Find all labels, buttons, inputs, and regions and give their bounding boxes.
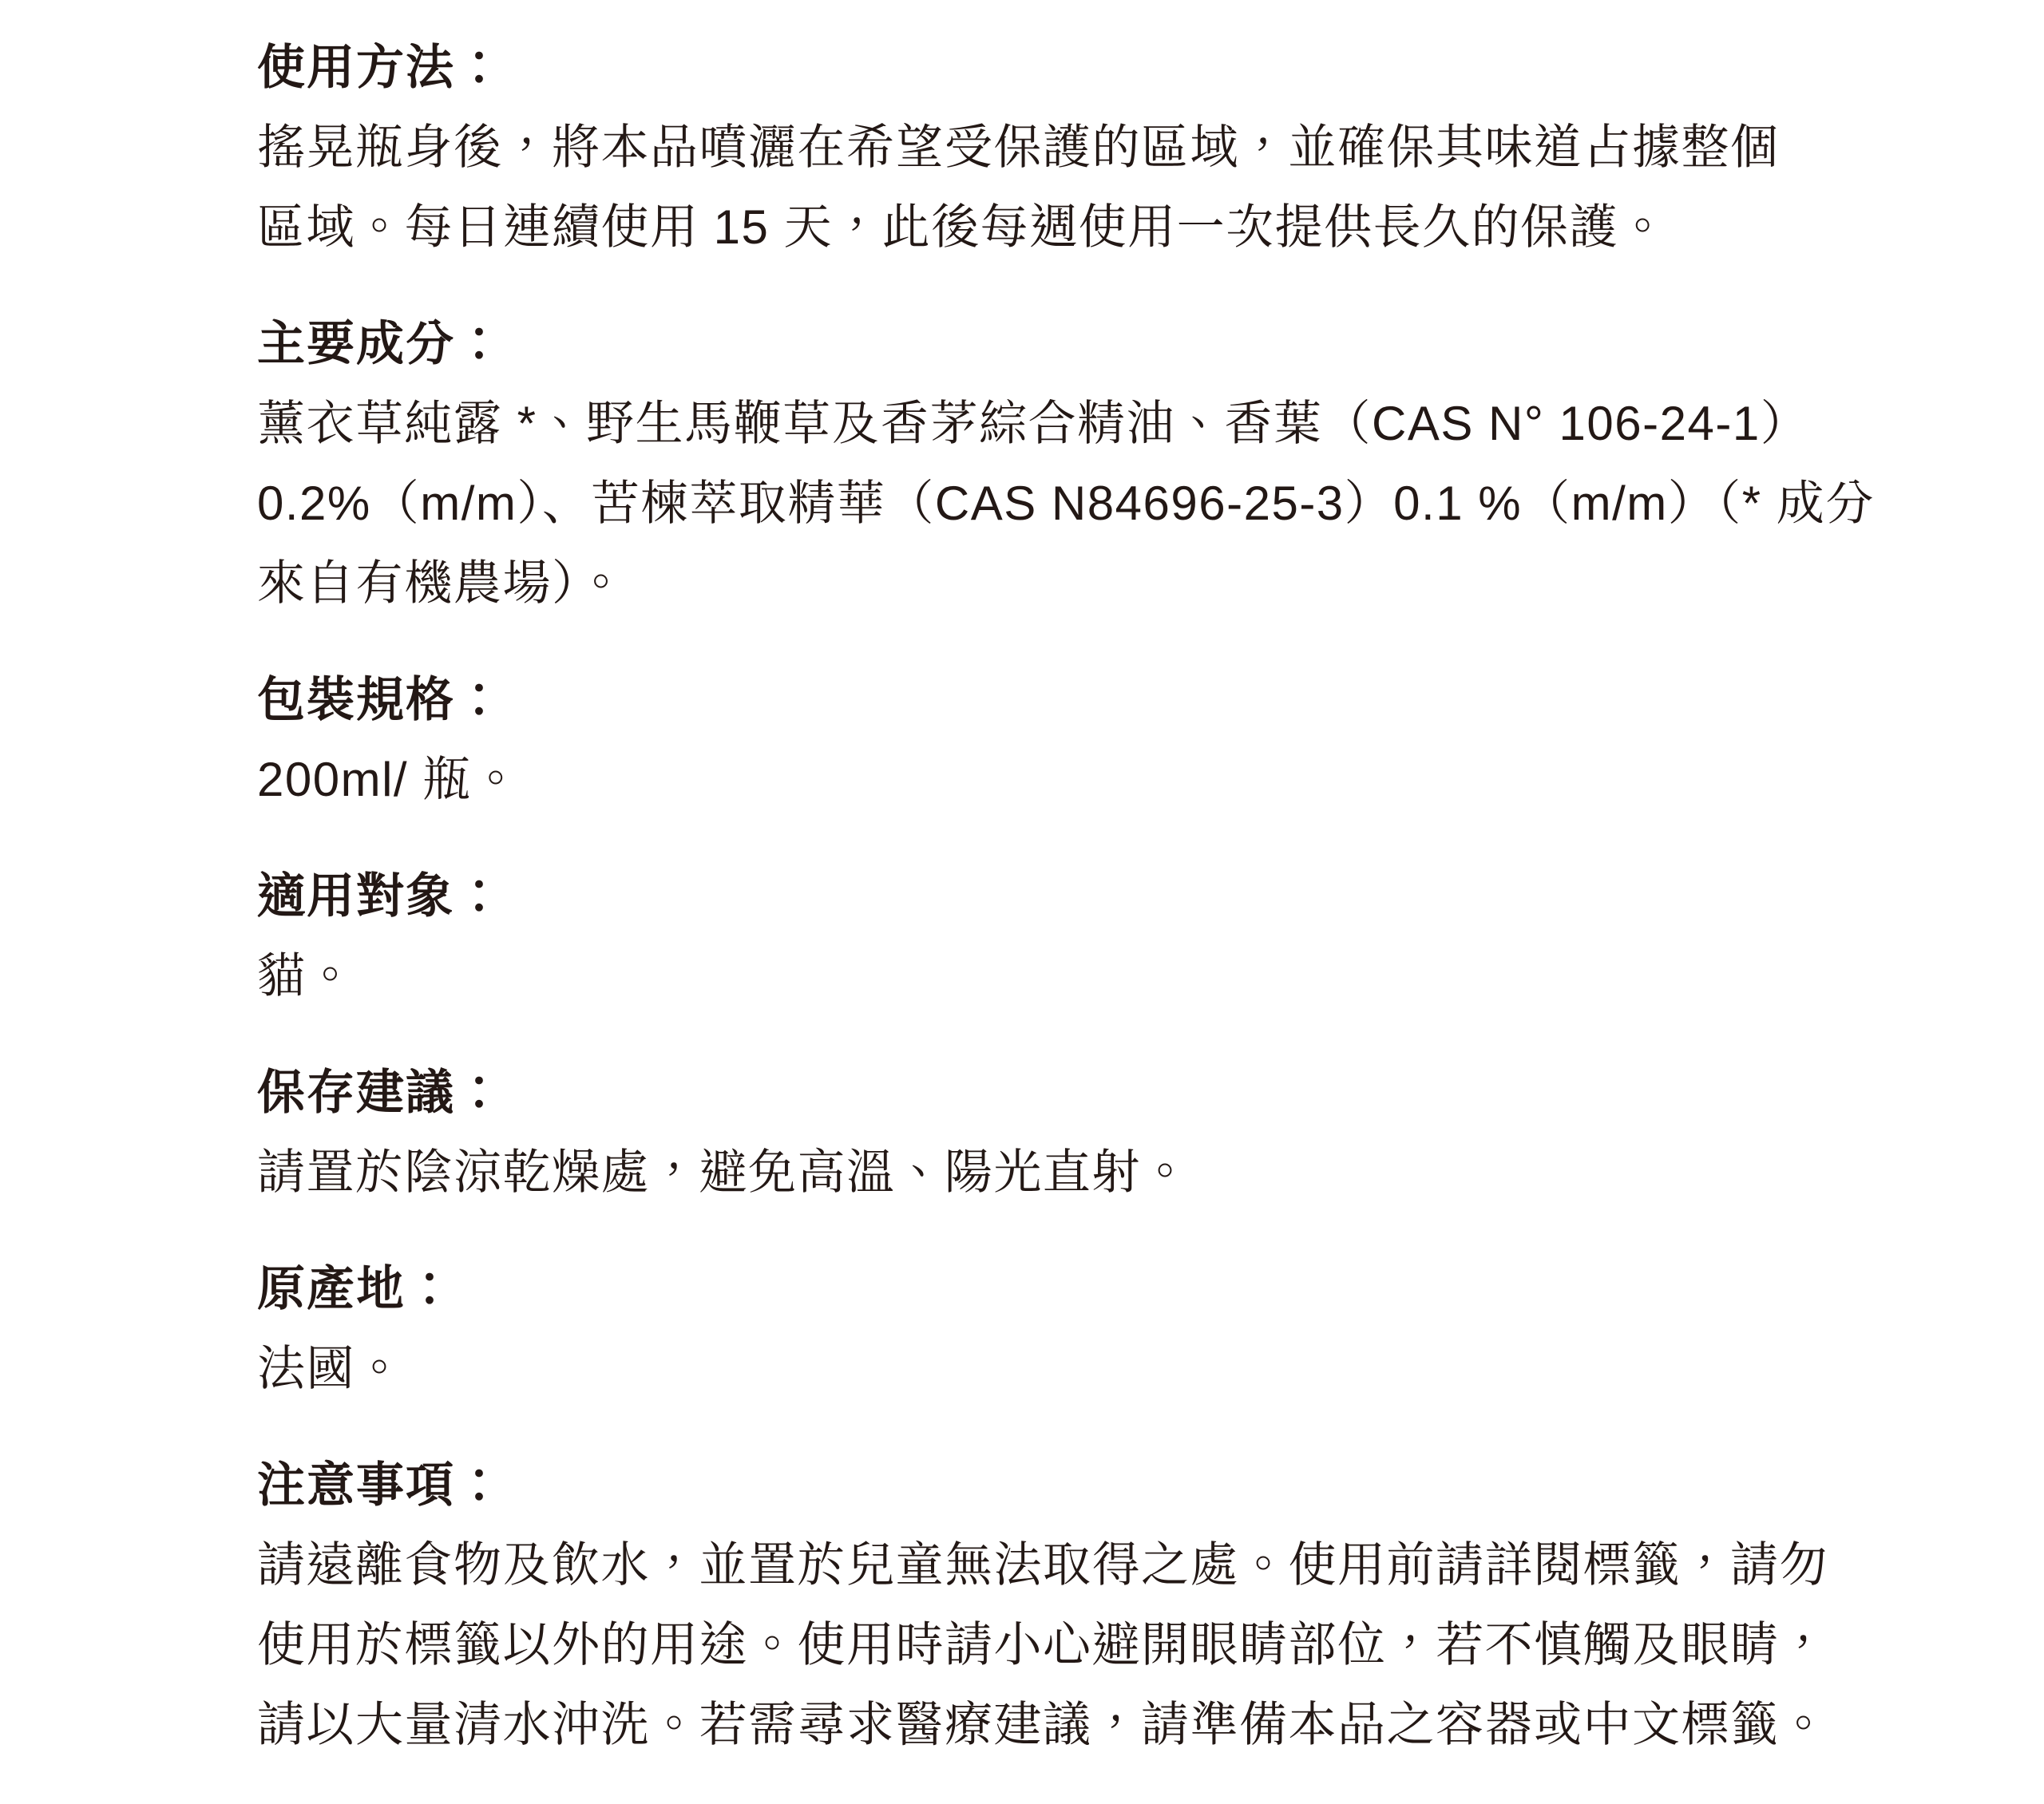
paragraph-line: 200ml/ 瓶。 <box>257 740 1878 820</box>
section-heading: 包裝規格： <box>257 660 1878 740</box>
paragraph-line: 貓。 <box>257 936 1878 1016</box>
section-heading: 注意事項： <box>257 1446 1878 1525</box>
paragraph-line: 區域。每日連續使用 15 天，此後每週使用一次提供長久的保護。 <box>257 188 1878 267</box>
product-info-document: 使用方法： 搖晃瓶身後，將本品噴灑在希望受保護的區域，並確保其味道占據整個區域。… <box>257 28 1878 1802</box>
paragraph-line: 使用於標籤以外的用途。使用時請小心避開眼睛部位，若不慎觸及眼睛， <box>257 1605 1878 1685</box>
section-precautions: 注意事項： 請遠離食物及飲水，並置於兒童無法取得之處。使用前請詳閱標籤，請勿使用… <box>257 1446 1878 1765</box>
paragraph-line: 0.2%（m/m）、苦楝萃取精華（CAS N84696-25-3）0.1 %（m… <box>257 464 1878 544</box>
paragraph-line: 搖晃瓶身後，將本品噴灑在希望受保護的區域，並確保其味道占據整個 <box>257 108 1878 188</box>
section-usage: 使用方法： 搖晃瓶身後，將本品噴灑在希望受保護的區域，並確保其味道占據整個區域。… <box>257 28 1878 267</box>
section-heading: 原產地： <box>257 1249 1878 1329</box>
section-origin: 原產地： 法國。 <box>257 1249 1878 1409</box>
section-storage-advice: 保存建議： 請置於陰涼乾燥處，避免高溫、陽光直射。 <box>257 1053 1878 1213</box>
section-heading: 適用對象： <box>257 857 1878 936</box>
paragraph-line: 請置於陰涼乾燥處，避免高溫、陽光直射。 <box>257 1133 1878 1213</box>
section-packaging-spec: 包裝規格： 200ml/ 瓶。 <box>257 660 1878 820</box>
paragraph-line: 請以大量清水沖洗。若需尋求醫療建議，請準備本品之容器或中文標籤。 <box>257 1685 1878 1765</box>
paragraph-line: 請遠離食物及飲水，並置於兒童無法取得之處。使用前請詳閱標籤，請勿 <box>257 1525 1878 1605</box>
section-main-ingredients: 主要成分： 薰衣草純露 *、野生馬鞭草及香茅綜合精油、香葉（CAS N° 106… <box>257 304 1878 623</box>
section-heading: 使用方法： <box>257 28 1878 108</box>
paragraph-line: 法國。 <box>257 1329 1878 1409</box>
section-target-animal: 適用對象： 貓。 <box>257 857 1878 1016</box>
paragraph-line: 來自有機農場）。 <box>257 544 1878 623</box>
paragraph-line: 薰衣草純露 *、野生馬鞭草及香茅綜合精油、香葉（CAS N° 106-24-1） <box>257 384 1878 464</box>
section-heading: 保存建議： <box>257 1053 1878 1133</box>
section-heading: 主要成分： <box>257 304 1878 384</box>
